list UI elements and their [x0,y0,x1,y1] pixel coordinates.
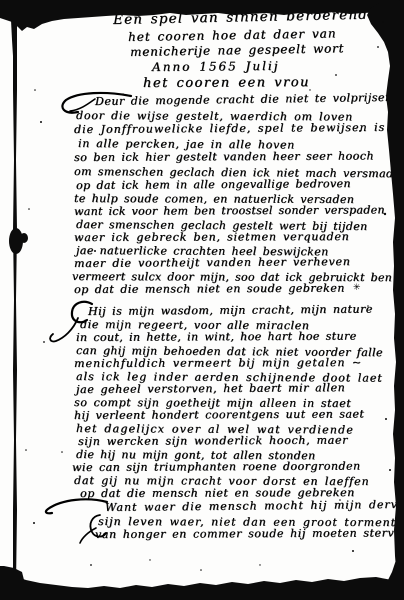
manuscript-line: Hij is mijn wasdom, mijn cracht, mijn na… [88,304,373,317]
title-line: Een spel van sinnen beroerende [113,8,377,27]
ink-layer: Een spel van sinnen beroerende het coore… [0,0,404,600]
manuscript-line: menichfuldich vermeert bij mijn getalen … [74,357,362,369]
manuscript-line: jae geheel verstorven, het baert mir all… [76,382,345,395]
manuscript-line: Deur die mogende cracht die niet te volp… [95,92,404,107]
manuscript-line: Want waer die mensch mocht hij mijn derv… [105,499,404,513]
manuscript-line: hij verleent hondert coorentgens uut een… [74,408,364,421]
manuscript-line: wie can sijn triumphanten roene doorgron… [72,460,361,473]
manuscript-line: die Jonffrouwelicke liefde, spel te bewi… [74,122,385,135]
manuscript-line: in alle percken, jae in alle hoven [78,138,295,151]
manuscript-line: op dat ick hem in alle ongevallige bedro… [76,178,351,191]
paragraph-end-mark: ✳ [353,283,361,293]
title-line: het cooren hoe dat daer van [128,27,337,43]
manuscript-line: so ben ick hier gestelt vanden heer seer… [74,150,374,163]
manuscript-line: op dat die mensch niet en soude gebreken [74,283,345,295]
manuscript-line: van honger en commer soude hij moeten st… [95,527,404,540]
title-line: Anno 1565 Julij [152,60,280,73]
manuscript-line: want ick voor hem ben troostsel sonder v… [74,204,385,217]
manuscript-page: Een spel van sinnen beroerende het coore… [0,0,404,600]
manuscript-line: op dat die mensch niet en soude gebreken [80,487,355,499]
manuscript-line: waer ick gebreck ben, sietmen verquaden [74,231,350,243]
manuscript-line: maer die voortheijt vanden heer verheven [74,256,351,269]
manuscript-line: sijn wercken sijn wonderlick hooch, maer [78,435,348,447]
title-line: het cooren een vrou [143,76,310,90]
title-line: menicherije nae gespeelt wort [130,42,344,58]
manuscript-line: in cout, in hette, in wint, hoe hart hoe… [76,331,357,343]
